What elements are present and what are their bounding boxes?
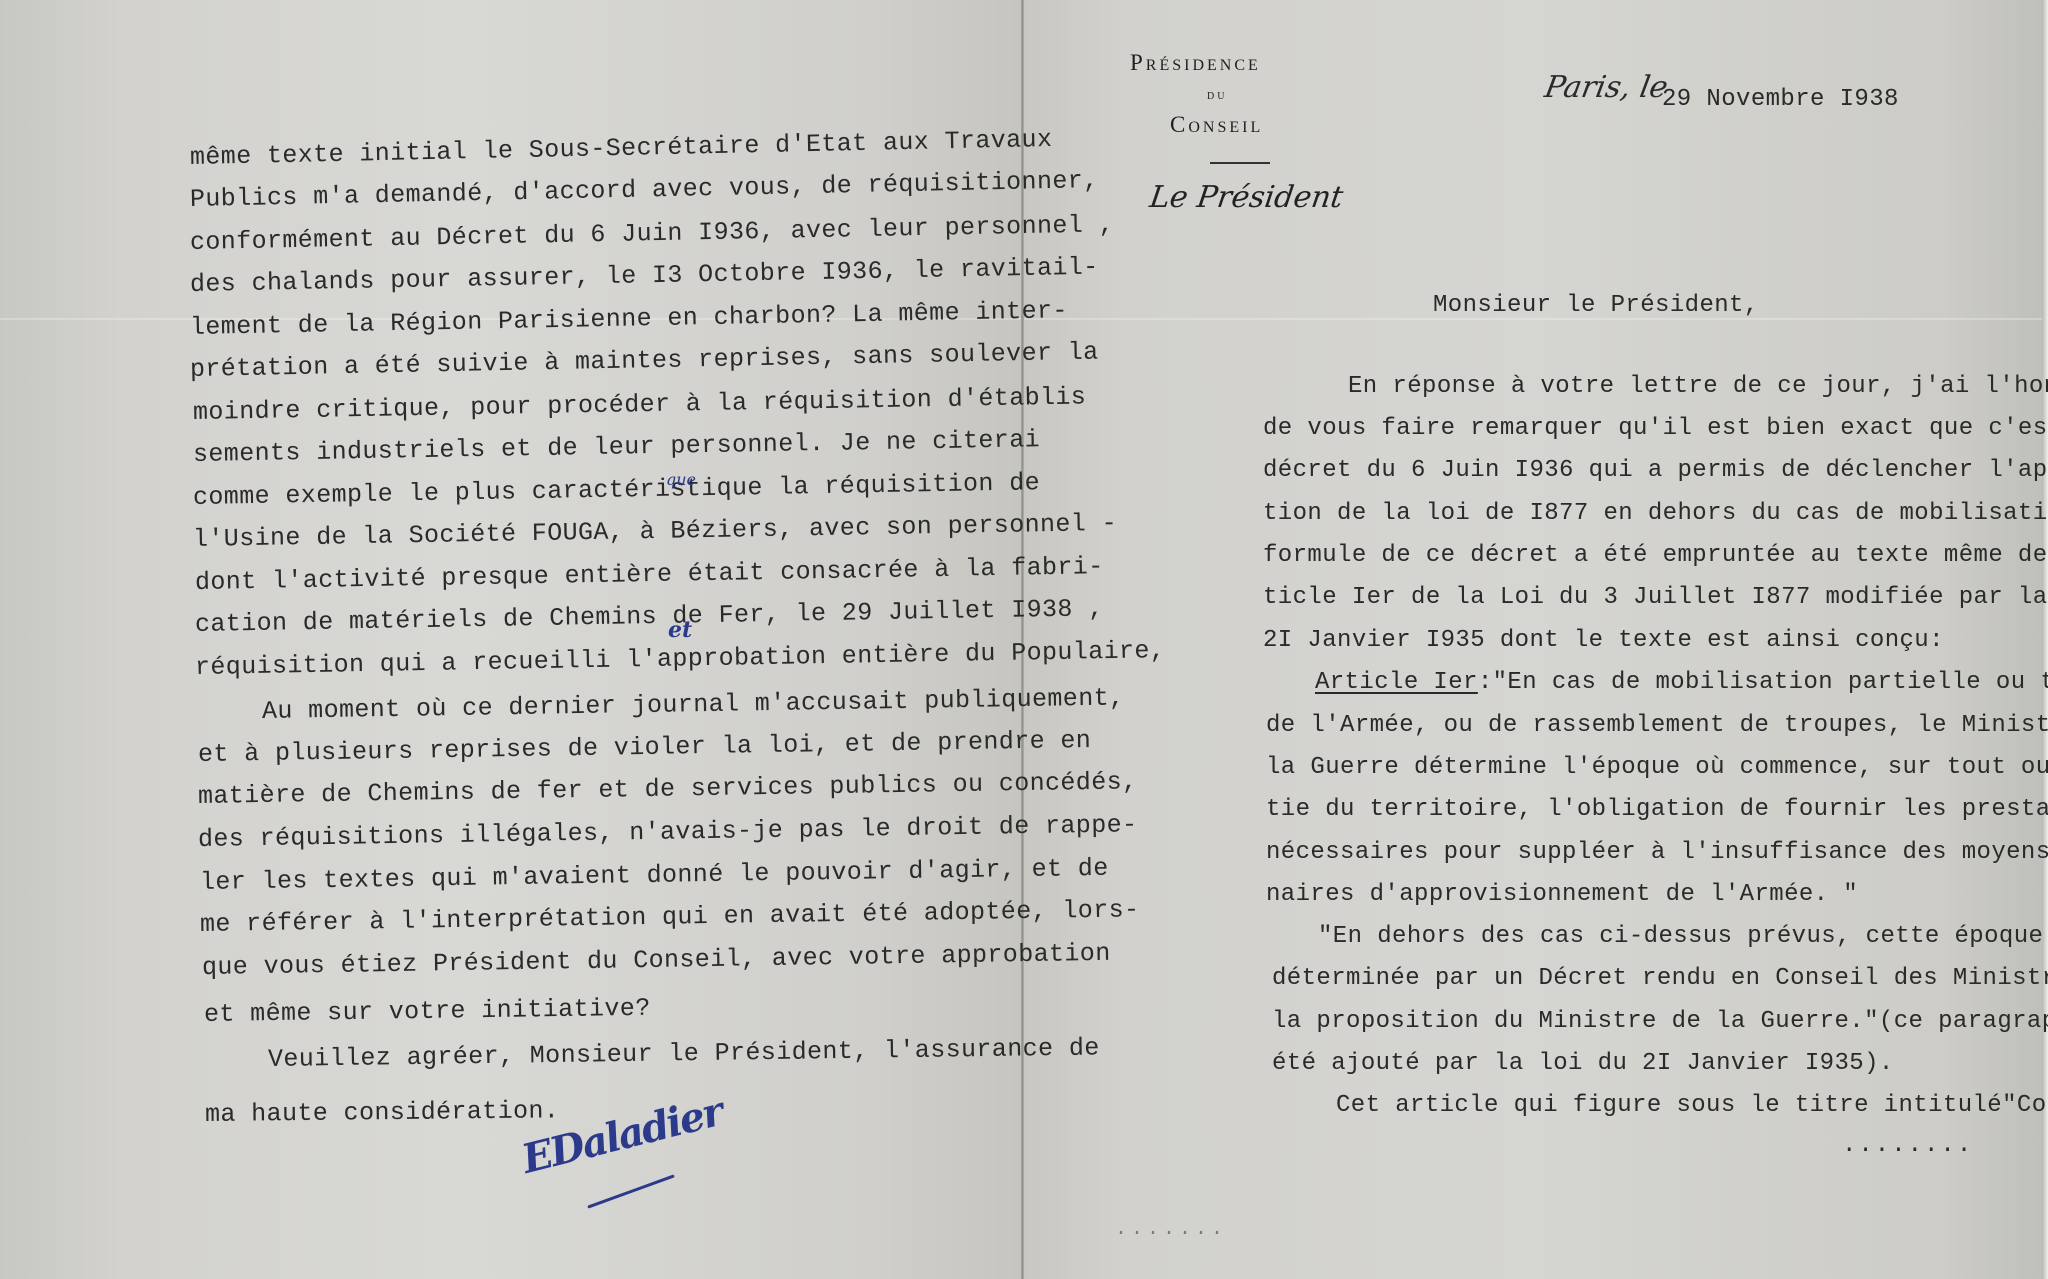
text-line: tion de la loi de I877 en dehors du cas … — [1263, 500, 2048, 527]
text-line: nécessaires pour suppléer à l'insuffisan… — [1266, 839, 2048, 866]
article-label: Article Ier — [1315, 669, 1478, 696]
handwritten-correction: et — [668, 617, 692, 643]
text-line: été ajouté par la loi du 2I Janvier I935… — [1272, 1050, 1894, 1077]
letterhead-rule — [1210, 162, 1270, 164]
letterhead-line-2: du — [1207, 88, 1227, 104]
article-text: :"En cas de mobilisation partielle ou to… — [1478, 669, 2048, 696]
salutation: Monsieur le Président, — [1433, 292, 1759, 319]
text-line: 2I Janvier I935 dont le texte est ainsi … — [1263, 627, 1944, 654]
text-line: déterminée par un Décret rendu en Consei… — [1272, 965, 2048, 992]
text-line: En réponse à votre lettre de ce jour, j'… — [1348, 373, 2048, 400]
text-line: de vous faire remarquer qu'il est bien e… — [1263, 415, 2048, 442]
text-line: tie du territoire, l'obligation de fourn… — [1266, 796, 2048, 823]
continuation-dots: ........ — [1842, 1132, 1973, 1159]
text-line: Cet article qui figure sous le titre int… — [1336, 1092, 2048, 1119]
text-line: de l'Armée, ou de rassemblement de troup… — [1266, 712, 2048, 739]
text-line: naires d'approvisionnement de l'Armée. " — [1266, 881, 1858, 908]
date-place: Paris, le — [1542, 70, 1671, 105]
text-line: formule de ce décret a été empruntée au … — [1263, 542, 2048, 569]
letterhead-line-3: Conseil — [1170, 112, 1263, 138]
text-line: "En dehors des cas ci-dessus prévus, cet… — [1318, 923, 2048, 950]
letter-date: 29 Novembre I938 — [1662, 86, 1899, 113]
text-line: la Guerre détermine l'époque où commence… — [1266, 754, 2048, 781]
letterhead-line-1: Présidence — [1130, 50, 1261, 76]
letterhead-title: Le Président — [1148, 180, 1346, 215]
text-line: la proposition du Ministre de la Guerre.… — [1272, 1008, 2048, 1035]
closing-line: ma haute considération. — [205, 1096, 560, 1129]
text-line: ticle Ier de la Loi du 3 Juillet I877 mo… — [1263, 584, 2048, 611]
handwritten-insertion: que — [666, 470, 696, 489]
text-line: décret du 6 Juin I936 qui a permis de dé… — [1263, 457, 2048, 484]
faint-dots: ....... — [1115, 1218, 1227, 1241]
page-edge — [2042, 0, 2048, 1279]
article-line: Article Ier:"En cas de mobilisation part… — [1315, 669, 2048, 696]
